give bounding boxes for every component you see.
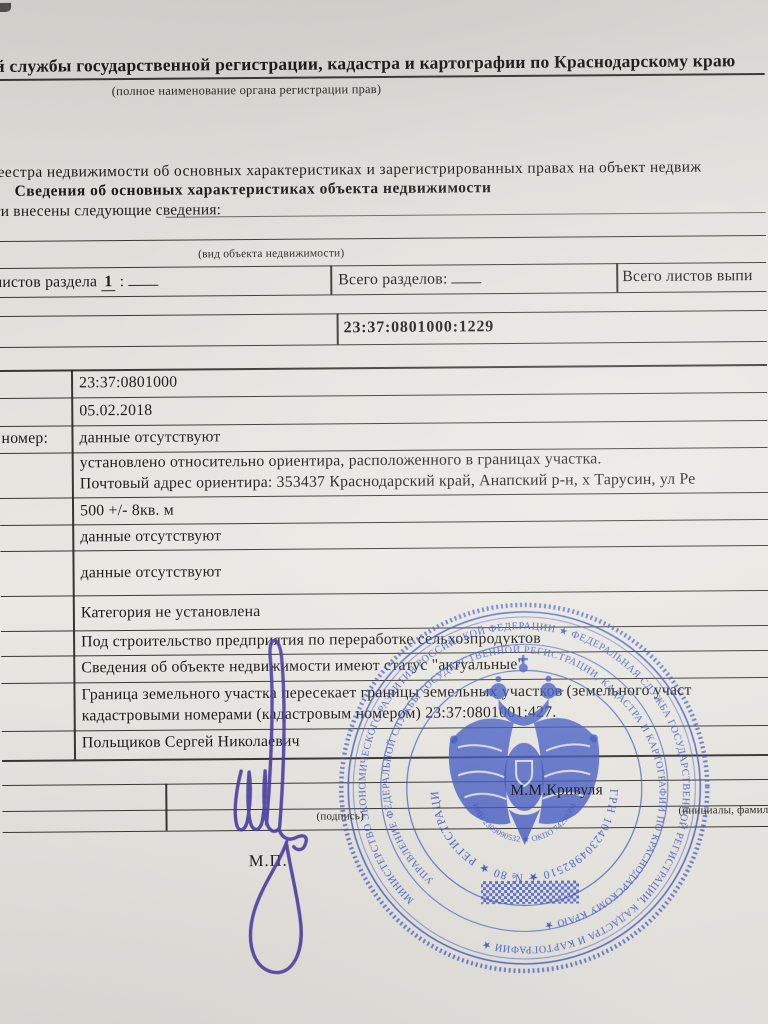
extract-title-line: реестра недвижимости об основных характе… (0, 158, 702, 182)
other-data-value: данные отсутствуют (80, 563, 221, 582)
label-column-divider (71, 369, 76, 759)
total-sections-cell: Всего разделов: (338, 270, 482, 289)
cadastral-quarter-value: 23:37:0801000 (79, 374, 177, 393)
total-extract-sheets-label: Всего листов выпи (622, 267, 753, 286)
section-title: Сведения об основных характеристиках объ… (14, 179, 491, 201)
location-value-line1: установлено относительно ориентира, расп… (80, 450, 602, 472)
initials-caption: (инициалы, фамили (678, 804, 768, 817)
table-rule (0, 364, 767, 372)
sheets-blank-field (128, 273, 158, 286)
form-rule (166, 212, 766, 218)
stamp-checker-band (481, 880, 579, 904)
table-rule (0, 234, 766, 242)
table-rule (0, 309, 767, 317)
table-rule (0, 290, 766, 298)
authority-caption: (полное наименование органа регистрации … (112, 82, 382, 99)
previous-number-value: данные отсутствуют (79, 428, 220, 447)
sheets-of-section-cell: листов раздела 1 : (0, 273, 158, 292)
signature-column-divider (165, 783, 167, 830)
table-rule (0, 391, 767, 399)
object-kind-caption: (вид объекта недвижимости) (198, 247, 344, 260)
registration-date-value: 05.02.2018 (79, 402, 152, 421)
location-value-line2: Почтовый адрес ориентира: 353437 Краснод… (80, 471, 696, 494)
column-divider (330, 265, 332, 294)
sheets-of-section-label: листов раздела (0, 273, 97, 291)
section-number: 1 (101, 273, 115, 291)
column-divider (337, 313, 339, 344)
previous-number-label: номер: (1, 430, 48, 448)
intro-line: ти внесены следующие сведения: (0, 201, 221, 221)
document-photo: й службы государственной регистрации, ка… (0, 0, 768, 1024)
column-divider (616, 263, 618, 292)
photo-corner-artifact (0, 3, 11, 12)
table-rule (0, 419, 767, 427)
cost-value: данные отсутствуют (80, 527, 221, 546)
handwritten-signature (196, 608, 329, 989)
sheets-colon: : (120, 273, 125, 290)
area-value: 500 +/- 8кв. м (80, 502, 174, 521)
table-rule (0, 340, 767, 348)
document-sheet: й службы государственной регистрации, ка… (0, 0, 768, 1024)
cadastral-number-value: 23:37:0801000:1229 (344, 318, 495, 337)
total-sections-blank-field (452, 270, 482, 283)
total-sections-label: Всего разделов: (338, 270, 447, 288)
registrar-initials-surname: М.М.Кривуля (510, 781, 603, 800)
